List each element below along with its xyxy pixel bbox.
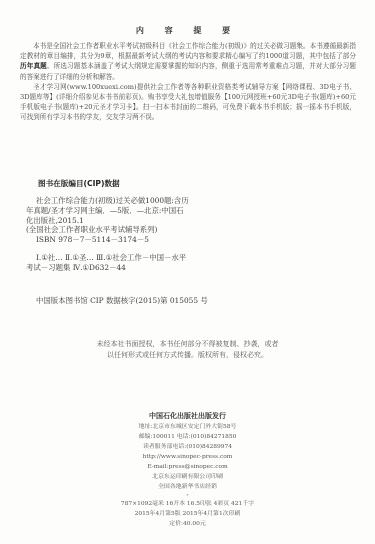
copyright-line: 未经本社书面授权，本书任何部分不得被复制、抄袭，或者: [0, 339, 375, 350]
cip-heading: 图书在版编目(CIP)数据: [38, 178, 120, 189]
summary-text: 本书是全国社会工作者职业水平考试初级科目《社会工作综合能力(初级)》的过关必做习…: [20, 42, 356, 60]
cip-entry-line: 化出版社,2015.1: [26, 216, 256, 226]
publisher-email: E-mail:press@sinopec.com: [0, 462, 375, 472]
summary-text: 。所选习题基本涵盖了考试大纲规定需要掌握的知识内容，侧重于选用常考重难点习题，并…: [20, 62, 356, 80]
copyright-notice: 未经本社书面授权，本书任何部分不得被复制、抄袭，或者 以任何形式或任何方式传播。…: [0, 339, 375, 361]
cip-isbn: ISBN 978－7－5114－3174－5: [26, 235, 256, 245]
publisher-info: 中国石化出版社出版发行 地址:北京市东城区安定门外大街58号 邮编:100011…: [0, 410, 375, 529]
publisher-address: 地址:北京市东城区安定门外大街58号: [0, 422, 375, 432]
edition-info: 2015年4月第5版 2015年4月第1次印刷: [0, 509, 375, 519]
cip-subjects-line: 考试－习题集 Ⅳ.①D632－44: [26, 263, 256, 273]
publisher-name: 中国石化出版社出版发行: [0, 410, 375, 422]
cip-subjects-line: Ⅰ.①社… Ⅱ.①圣… Ⅲ.①社会工作－中国－水平: [26, 253, 256, 263]
summary-paragraph-1: 本书是全国社会工作者职业水平考试初级科目《社会工作综合能力(初级)》的过关必做习…: [20, 41, 356, 82]
copyright-line: 以任何形式或任何方式传播。版权所有，侵权必究。: [0, 350, 375, 361]
cip-record-number: 中国版本图书馆 CIP 数据核字(2015)第 015055 号: [36, 295, 208, 306]
price: 定价:40.00元: [0, 519, 375, 529]
summary-emphasis: 历年真题: [20, 62, 47, 70]
content-summary-title: 内 容 提 要: [0, 25, 375, 36]
reader-service-phone: 读者服务部电话:(010)84289974: [0, 442, 375, 452]
content-summary: 本书是全国社会工作者职业水平考试初级科目《社会工作综合能力(初级)》的过关必做习…: [20, 41, 356, 123]
cip-entry-line: 年真题/圣才学习网主编．—5版．—北京:中国石: [26, 206, 256, 216]
distributor: 全国各地新华书店经销: [0, 482, 375, 492]
publisher-postcode-phone: 邮编:100011 电话:(010)84271850: [0, 432, 375, 442]
cip-series: (全国社会工作者职业水平考试辅导系列): [26, 225, 256, 235]
summary-paragraph-2: 圣才学习网(www.100xuexi.com)提供社会工作者等各种职业资格类考试…: [20, 82, 356, 123]
publisher-website: http://www.sinopec-press.com: [0, 452, 375, 462]
cip-entry-line: 社会工作综合能力(初级)过关必做1000题:含历: [26, 196, 256, 206]
printer: 北京东运印刷有限公司印刷: [0, 472, 375, 482]
separator-star-icon: *: [0, 492, 375, 499]
book-specs: 787×1092毫米 16开本 16.5印张 4彩页 421千字: [0, 499, 375, 509]
cip-record: 社会工作综合能力(初级)过关必做1000题:含历 年真题/圣才学习网主编．—5版…: [26, 196, 256, 273]
